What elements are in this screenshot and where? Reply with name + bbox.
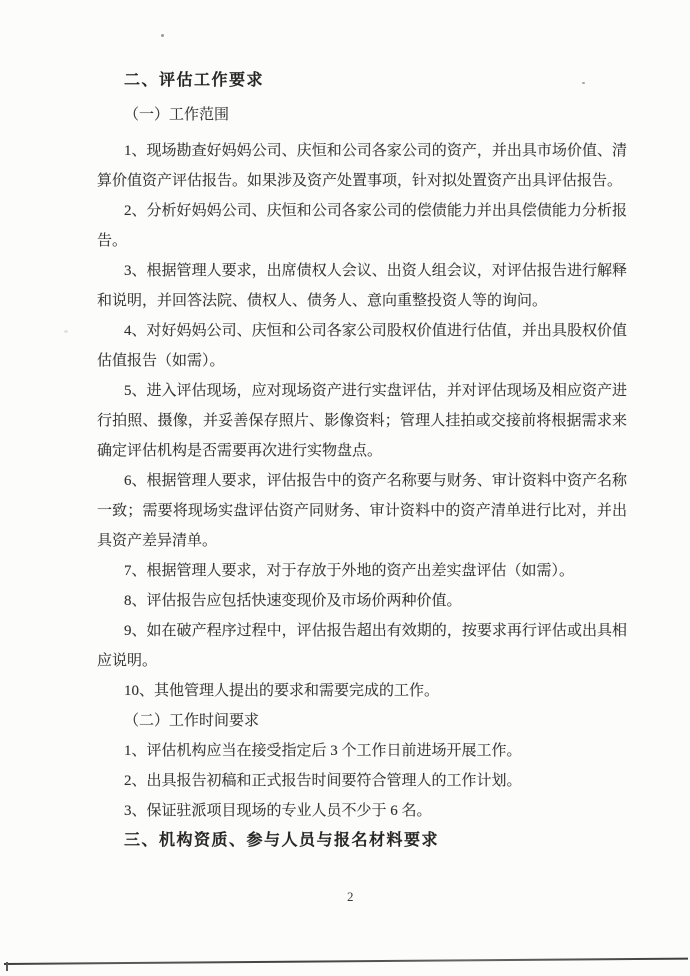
work-scope-item-1: 1、现场勘查好妈妈公司、庆恒和公司各家公司的资产，并出具市场价值、清算价值资产评… xyxy=(97,136,627,196)
work-scope-item-6: 6、根据管理人要求，评估报告中的资产名称要与财务、审计资料中资产名称一致；需要将… xyxy=(97,466,627,556)
work-scope-item-9: 9、如在破产程序过程中，评估报告超出有效期的，按要求再行评估或出具相应说明。 xyxy=(97,616,627,676)
scan-bottom-edge-tick xyxy=(6,962,8,971)
scan-speck xyxy=(582,82,585,84)
scan-speck xyxy=(161,34,164,37)
scan-speck xyxy=(64,330,68,333)
scan-bottom-edge-line xyxy=(4,958,688,965)
work-scope-item-5: 5、进入评估现场，应对现场资产进行实盘评估，并对评估现场及相应资产进行拍照、摄像… xyxy=(97,376,627,466)
work-time-item-1: 1、评估机构应当在接受指定后 3 个工作日前进场开展工作。 xyxy=(97,736,627,766)
page-number: 2 xyxy=(347,889,354,905)
subheading-work-scope: （一）工作范围 xyxy=(97,100,627,130)
document-body: 二、评估工作要求 （一）工作范围 1、现场勘查好妈妈公司、庆恒和公司各家公司的资… xyxy=(97,66,627,856)
work-scope-item-8: 8、评估报告应包括快速变现价及市场价两种价值。 xyxy=(97,586,627,616)
heading-evaluation-work-requirements: 二、评估工作要求 xyxy=(97,66,627,96)
work-scope-item-10: 10、其他管理人提出的要求和需要完成的工作。 xyxy=(97,676,627,706)
work-scope-item-3: 3、根据管理人要求，出席债权人会议、出资人组会议，对评估报告进行解释和说明，并回… xyxy=(97,256,627,316)
work-scope-item-7: 7、根据管理人要求，对于存放于外地的资产出差实盘评估（如需）。 xyxy=(97,556,627,586)
subheading-work-time-requirements: （二）工作时间要求 xyxy=(97,706,627,736)
scanned-document-page: 二、评估工作要求 （一）工作范围 1、现场勘查好妈妈公司、庆恒和公司各家公司的资… xyxy=(0,0,690,976)
work-time-item-3: 3、保证驻派项目现场的专业人员不少于 6 名。 xyxy=(97,796,627,826)
work-time-item-2: 2、出具报告初稿和正式报告时间要符合管理人的工作计划。 xyxy=(97,766,627,796)
work-scope-item-2: 2、分析好妈妈公司、庆恒和公司各家公司的偿债能力并出具偿债能力分析报告。 xyxy=(97,196,627,256)
work-scope-item-4: 4、对好妈妈公司、庆恒和公司各家公司股权价值进行估值，并出具股权价值估值报告（如… xyxy=(97,316,627,376)
heading-qualification-materials-requirements: 三、机构资质、参与人员与报名材料要求 xyxy=(97,826,627,856)
